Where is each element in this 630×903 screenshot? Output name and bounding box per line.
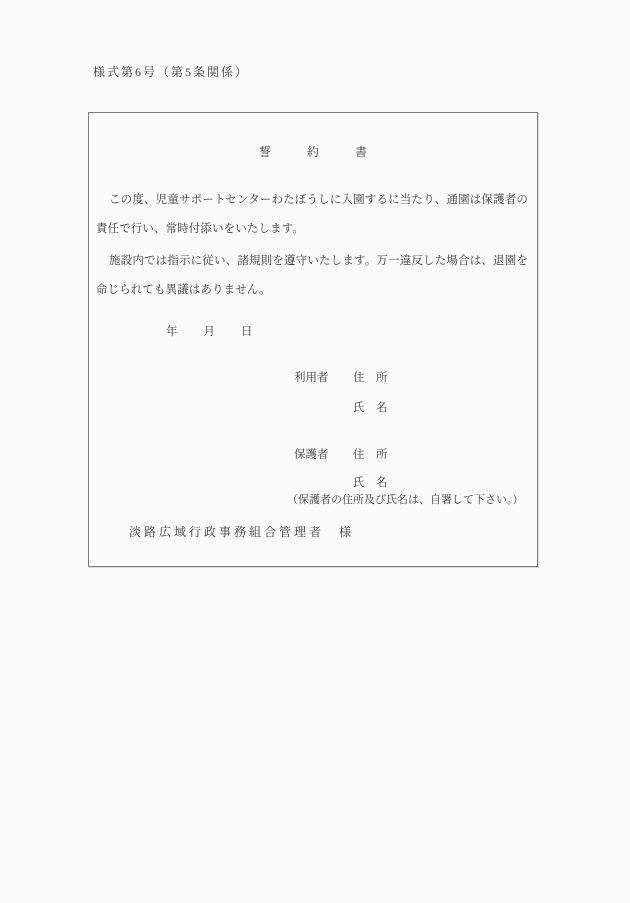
document-page: 様式第6号（第5条関係） 誓 約 書 この度、児童サポートセンターわたぼうしに入… bbox=[0, 0, 630, 903]
applicant-name-label: 氏 名 bbox=[353, 403, 388, 415]
signature-instruction-note: （保護者の住所及び氏名は、自署して下さい。） bbox=[287, 495, 524, 506]
guardian-name-label: 氏 名 bbox=[353, 478, 388, 490]
date-fill-in-line: 年 月 日 bbox=[166, 327, 254, 339]
guardian-address-label: 住 所 bbox=[353, 450, 388, 462]
pledge-paragraph-commitment: この度、児童サポートセンターわたぼうしに入園するに当たり、通園は保護者の責任で行… bbox=[96, 186, 528, 244]
pledge-paragraph-rules: 施設内では指示に従い、諸規則を遵守いたします。万一違反した場合は、退園を命じられ… bbox=[96, 247, 528, 305]
addressee-line: 淡路広域行政事務組合管理者 様 bbox=[129, 526, 354, 538]
form-number-label: 様式第6号（第5条関係） bbox=[93, 66, 249, 78]
applicant-label: 利用者 bbox=[294, 373, 329, 385]
pledge-box: 誓 約 書 この度、児童サポートセンターわたぼうしに入園するに当たり、通園は保護… bbox=[88, 112, 538, 567]
guardian-label: 保護者 bbox=[294, 450, 329, 462]
pledge-title: 誓 約 書 bbox=[89, 146, 537, 158]
page: { "form_label": "様式第6号（第5条関係）", "pledge"… bbox=[0, 0, 630, 903]
applicant-address-label: 住 所 bbox=[353, 373, 388, 385]
